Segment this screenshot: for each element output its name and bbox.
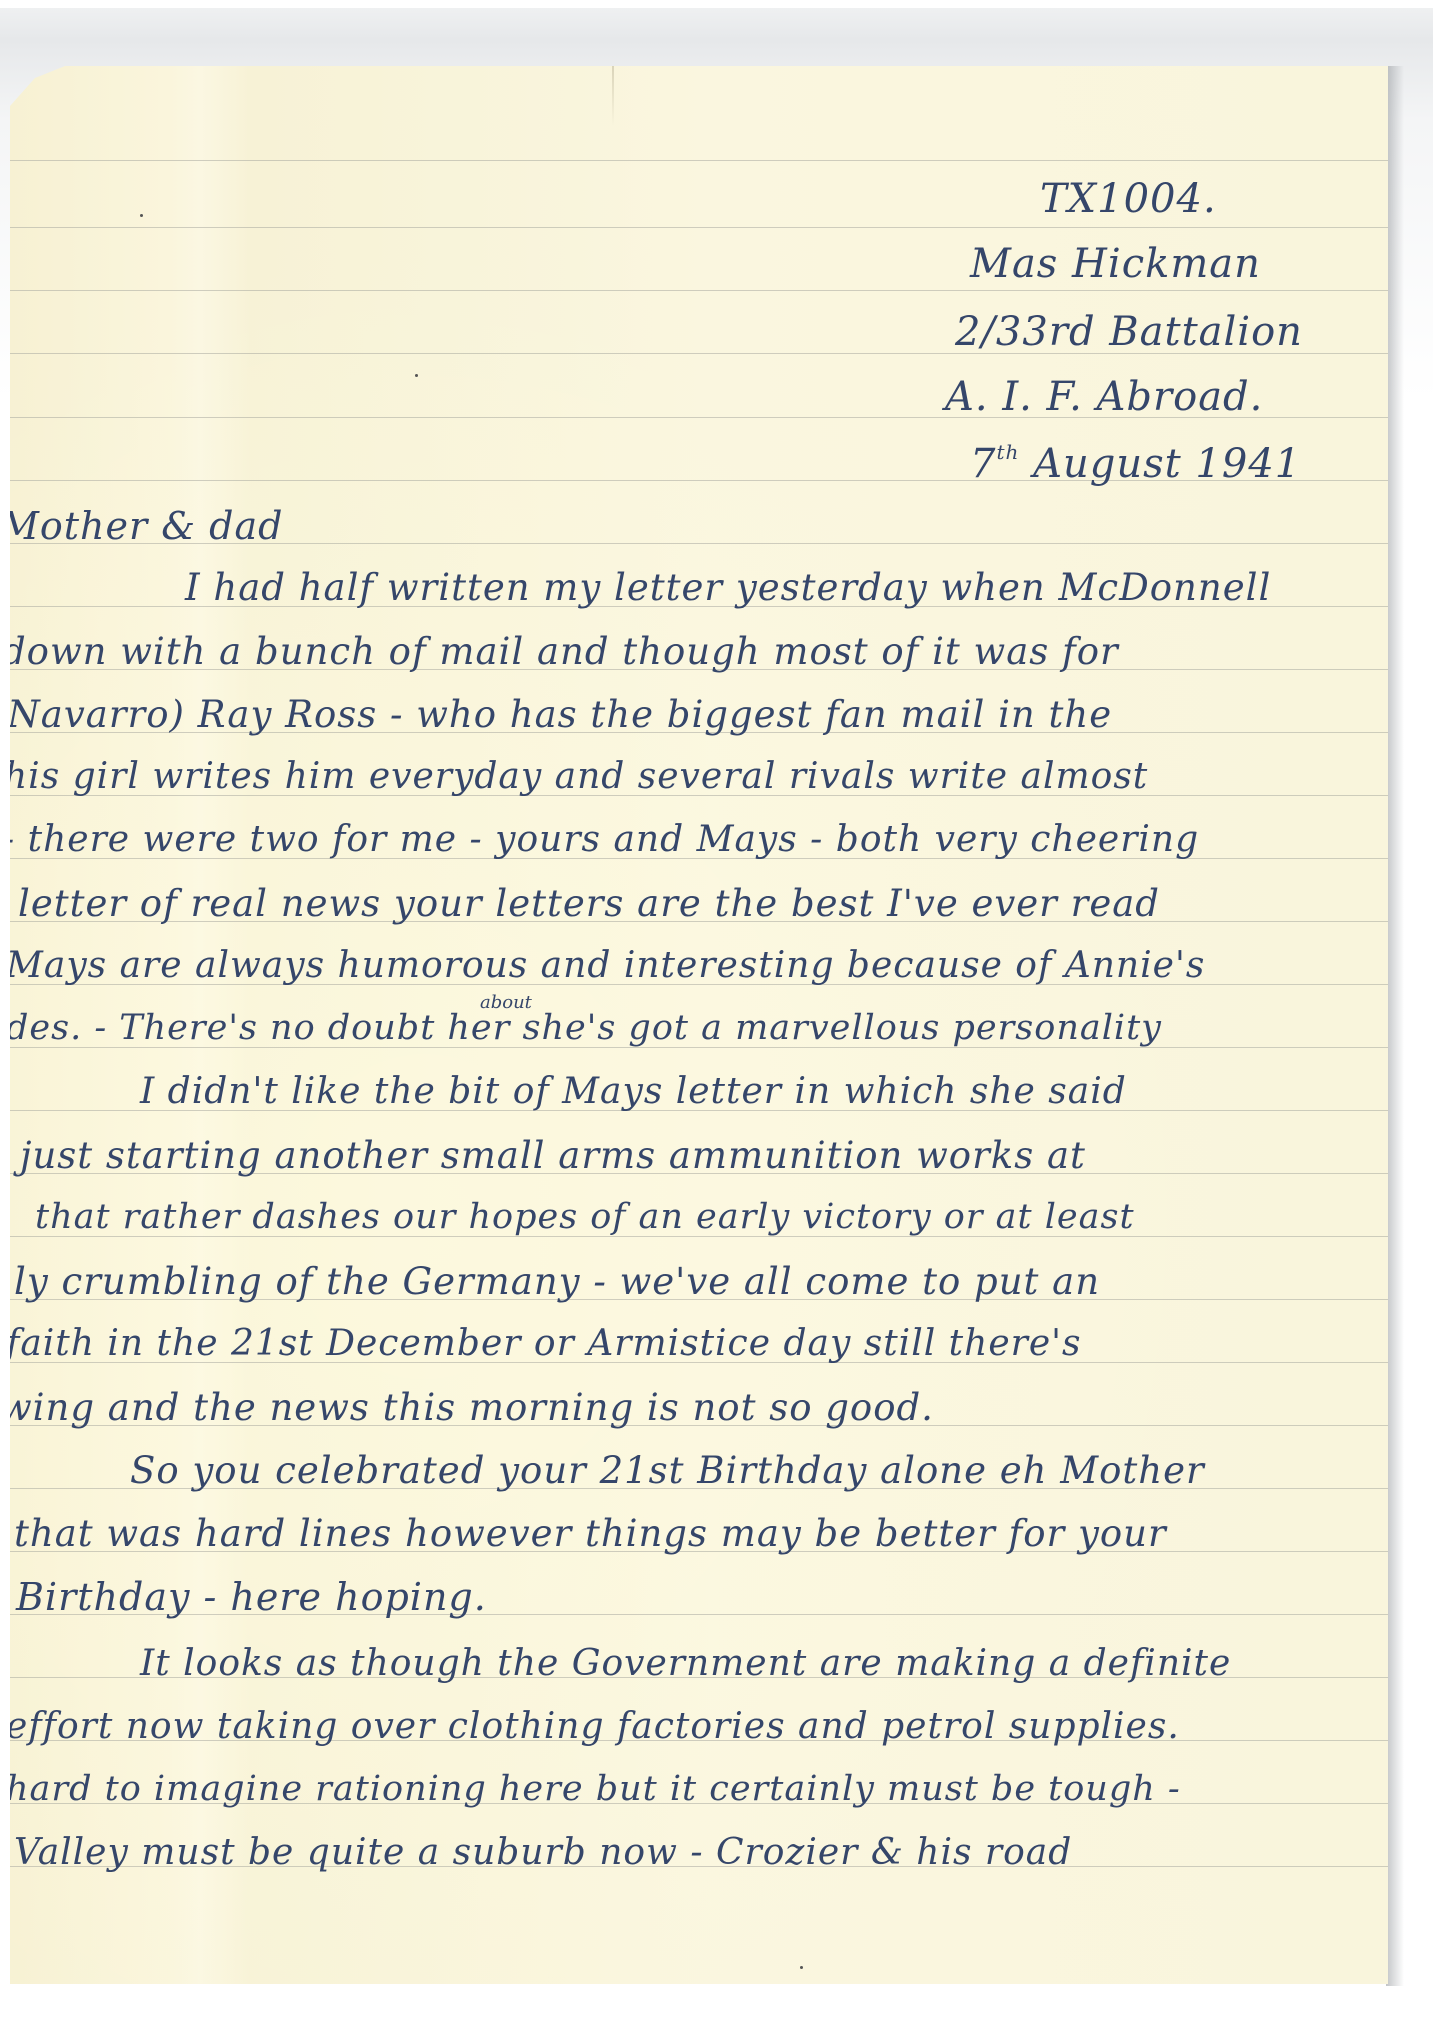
paper-crease [612,66,614,126]
body-line: wing and the news this morning is not so… [0,1389,934,1426]
letter-date: 7th August 1941 [970,444,1301,484]
body-line: letter of real news your letters are the… [18,885,1160,922]
ruled-line [10,290,1388,291]
body-line: (Navarro) Ray Ross - who has the biggest… [0,696,1112,733]
sender-name: Mas Hickman [970,244,1261,284]
ruled-line [10,160,1388,161]
date-suffix: th [996,440,1019,464]
sender-unit: 2/33rd Battalion [955,312,1303,352]
paper-speck [415,374,418,377]
sender-force: A. I. F. Abroad. [945,377,1263,417]
scanner-bed-top [0,0,1433,8]
body-line: that was hard lines however things may b… [14,1515,1167,1552]
letter-page: TX1004. Mas Hickman 2/33rd Battalion A. … [10,66,1388,1984]
date-day: 7 [970,441,996,487]
body-line: I didn't like the bit of Mays letter in … [140,1074,1127,1110]
body-line: hard to imagine rationing here but it ce… [6,1772,1181,1807]
service-number: TX1004. [1040,179,1217,219]
body-line: It looks as though the Government are ma… [140,1646,1231,1682]
body-line: just starting another small arms ammunit… [20,1137,1086,1174]
body-line: Birthday - here hoping. [16,1578,487,1616]
body-line: Mays are always humorous and interesting… [6,948,1205,984]
salutation: Mother & dad [0,507,283,545]
body-line: I had half written my letter yesterday w… [185,569,1271,606]
paper-shadow [1386,66,1404,1986]
date-month-year: August 1941 [1033,441,1301,487]
body-line: that rather dashes our hopes of an early… [35,1200,1135,1235]
body-line: Valley must be quite a suburb now - Croz… [14,1835,1072,1871]
body-line: - there were two for me - yours and Mays… [2,822,1199,858]
paper-speck [800,1966,803,1969]
body-line: faith in the 21st December or Armistice … [6,1326,1082,1362]
body-line: des. - There's no doubt her she's got a … [6,1011,1162,1046]
body-line: So you celebrated your 21st Birthday alo… [130,1452,1205,1489]
ruled-line [10,227,1388,228]
body-line: his girl writes him everyday and several… [4,759,1148,795]
body-line: ly crumbling of the Germany - we've all … [14,1263,1100,1300]
body-line: down with a bunch of mail and though mos… [2,633,1119,670]
body-line: effort now taking over clothing factorie… [6,1709,1180,1745]
paper-speck [140,214,143,217]
